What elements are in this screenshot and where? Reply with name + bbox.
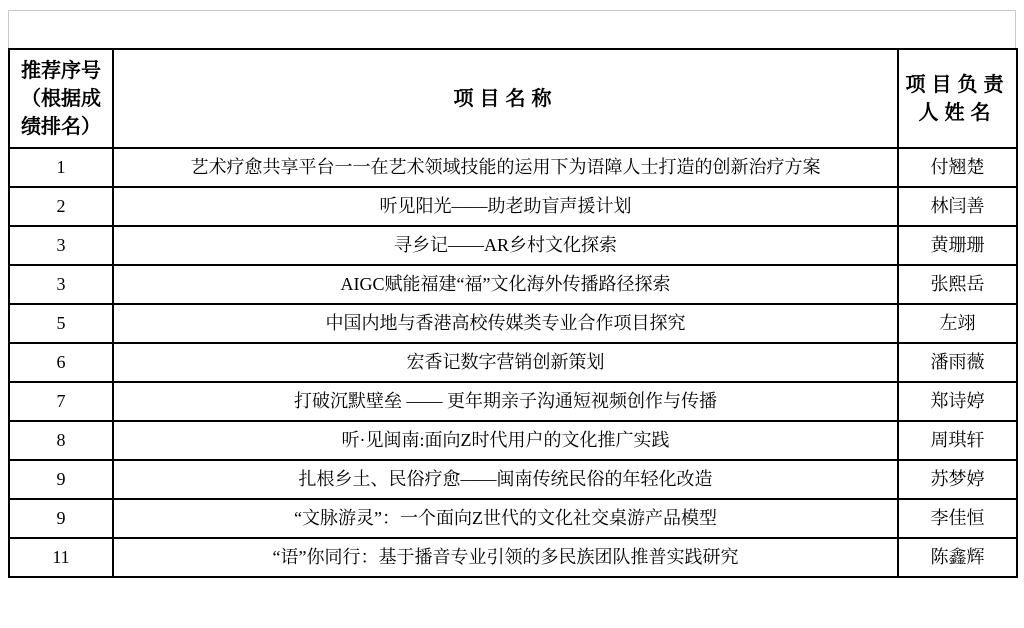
project-cell: 中国内地与香港高校传媒类专业合作项目探究 — [113, 304, 898, 343]
leader-cell: 黄珊珊 — [898, 226, 1017, 265]
leader-cell: 苏梦婷 — [898, 460, 1017, 499]
table-row: 6 宏香记数字营销创新策划 潘雨薇 — [9, 343, 1017, 382]
project-cell: “语”你同行：基于播音专业引领的多民族团队推普实践研究 — [113, 538, 898, 577]
table-row: 7 打破沉默壁垒 —— 更年期亲子沟通短视频创作与传播 郑诗婷 — [9, 382, 1017, 421]
rank-cell: 6 — [9, 343, 113, 382]
table-row: 5 中国内地与香港高校传媒类专业合作项目探究 左翊 — [9, 304, 1017, 343]
project-cell: AIGC赋能福建“福”文化海外传播路径探索 — [113, 265, 898, 304]
header-rank: 推荐序号 （根据成 绩排名） — [9, 49, 113, 148]
project-cell: 听·见闽南:面向Z时代用户的文化推广实践 — [113, 421, 898, 460]
rank-cell: 7 — [9, 382, 113, 421]
project-cell: 扎根乡土、民俗疗愈——闽南传统民俗的年轻化改造 — [113, 460, 898, 499]
leader-cell: 陈鑫辉 — [898, 538, 1017, 577]
table-header-row: 推荐序号 （根据成 绩排名） 项目名称 项目负责 人姓名 — [9, 49, 1017, 148]
rank-cell: 9 — [9, 460, 113, 499]
document-sheet: 推荐序号 （根据成 绩排名） 项目名称 项目负责 人姓名 1 艺术疗愈共享平台一… — [8, 10, 1016, 578]
empty-top-row — [8, 10, 1016, 48]
header-leader: 项目负责 人姓名 — [898, 49, 1017, 148]
leader-cell: 付翘楚 — [898, 148, 1017, 187]
table-row: 9 “文脉游灵”：一个面向Z世代的文化社交桌游产品模型 李佳恒 — [9, 499, 1017, 538]
table-row: 2 听见阳光——助老助盲声援计划 林闫善 — [9, 187, 1017, 226]
rank-cell: 1 — [9, 148, 113, 187]
rank-cell: 3 — [9, 265, 113, 304]
project-cell: 宏香记数字营销创新策划 — [113, 343, 898, 382]
project-cell: 寻乡记——AR乡村文化探索 — [113, 226, 898, 265]
project-cell: 艺术疗愈共享平台一一在艺术领域技能的运用下为语障人士打造的创新治疗方案 — [113, 148, 898, 187]
rank-cell: 9 — [9, 499, 113, 538]
leader-cell: 潘雨薇 — [898, 343, 1017, 382]
leader-cell: 郑诗婷 — [898, 382, 1017, 421]
table-row: 11 “语”你同行：基于播音专业引领的多民族团队推普实践研究 陈鑫辉 — [9, 538, 1017, 577]
table-row: 1 艺术疗愈共享平台一一在艺术领域技能的运用下为语障人士打造的创新治疗方案 付翘… — [9, 148, 1017, 187]
leader-cell: 林闫善 — [898, 187, 1017, 226]
table-row: 9 扎根乡土、民俗疗愈——闽南传统民俗的年轻化改造 苏梦婷 — [9, 460, 1017, 499]
table-row: 8 听·见闽南:面向Z时代用户的文化推广实践 周琪轩 — [9, 421, 1017, 460]
projects-table: 推荐序号 （根据成 绩排名） 项目名称 项目负责 人姓名 1 艺术疗愈共享平台一… — [8, 48, 1018, 578]
rank-cell: 11 — [9, 538, 113, 577]
rank-cell: 8 — [9, 421, 113, 460]
rank-cell: 3 — [9, 226, 113, 265]
table-row: 3 AIGC赋能福建“福”文化海外传播路径探索 张熙岳 — [9, 265, 1017, 304]
table-row: 3 寻乡记——AR乡村文化探索 黄珊珊 — [9, 226, 1017, 265]
leader-cell: 周琪轩 — [898, 421, 1017, 460]
project-cell: 听见阳光——助老助盲声援计划 — [113, 187, 898, 226]
rank-cell: 2 — [9, 187, 113, 226]
leader-cell: 张熙岳 — [898, 265, 1017, 304]
project-cell: 打破沉默壁垒 —— 更年期亲子沟通短视频创作与传播 — [113, 382, 898, 421]
leader-cell: 左翊 — [898, 304, 1017, 343]
header-project: 项目名称 — [113, 49, 898, 148]
project-cell: “文脉游灵”：一个面向Z世代的文化社交桌游产品模型 — [113, 499, 898, 538]
leader-cell: 李佳恒 — [898, 499, 1017, 538]
rank-cell: 5 — [9, 304, 113, 343]
